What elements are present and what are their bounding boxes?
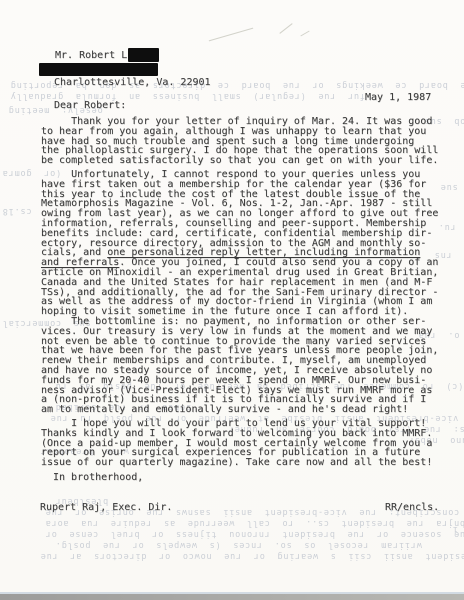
signature-name: Rupert Raj, Exec. Dir. bbox=[40, 502, 172, 513]
scan-scratch-mark bbox=[300, 31, 309, 37]
paragraph-2: Unfortunately, I cannot respond to your … bbox=[41, 170, 438, 317]
paragraph-3: The bottomline is: no payment, no inform… bbox=[41, 317, 438, 415]
bleed-through-text: cs.18 bbox=[2, 206, 32, 216]
bleed-through-text: sue bbox=[440, 182, 458, 192]
text-segment: be completed satisfactorily so that you … bbox=[41, 155, 438, 166]
redaction-box-surname bbox=[128, 48, 159, 62]
letter-line: issue of our quarterly magazine). Take c… bbox=[41, 458, 432, 468]
bleed-through-text: (o) rue bresident ansii csii s wearing o… bbox=[40, 551, 464, 561]
bleed-through-text: wriiram recosel os so. rnces (s wewpels … bbox=[55, 540, 422, 550]
scan-edge-band bbox=[0, 594, 464, 600]
paragraph-1: Thank you for your letter of inquiry of … bbox=[41, 117, 438, 166]
bleed-through-text: sbnjra rue bresident cs.. ro call weerru… bbox=[45, 518, 464, 528]
scan-scratch-mark bbox=[209, 28, 253, 42]
redaction-box-street-address bbox=[39, 63, 158, 76]
salutation: Dear Robert: bbox=[54, 100, 126, 111]
typist-reference: RR/encls. bbox=[385, 502, 439, 513]
text-segment: am to mentally and emotionally survive -… bbox=[41, 404, 408, 415]
paragraph-4: I hope you will do your part to lend us … bbox=[41, 419, 432, 468]
recipient-name: Mr. Robert L. bbox=[55, 50, 133, 61]
closing-line: In brotherhood, bbox=[53, 472, 143, 483]
recipient-city-line: Charlottesville, Va. 22901 bbox=[54, 77, 211, 88]
scan-scratch-mark bbox=[279, 23, 292, 34]
scanned-letter-page: rue board ce weekings or rue board ce di… bbox=[0, 0, 464, 600]
text-segment: issue of our quarterly magazine). Take c… bbox=[41, 457, 432, 468]
bleed-through-text: ru. bbox=[438, 222, 456, 232]
letter-line: be completed satisfactorily so that you … bbox=[41, 156, 438, 166]
bleed-through-text: (s) ru rue sosence or rue bresident rnro… bbox=[45, 529, 464, 539]
letter-line: am to mentally and emotionally survive -… bbox=[41, 405, 438, 415]
letter-date: May 1, 1987 bbox=[365, 92, 431, 103]
